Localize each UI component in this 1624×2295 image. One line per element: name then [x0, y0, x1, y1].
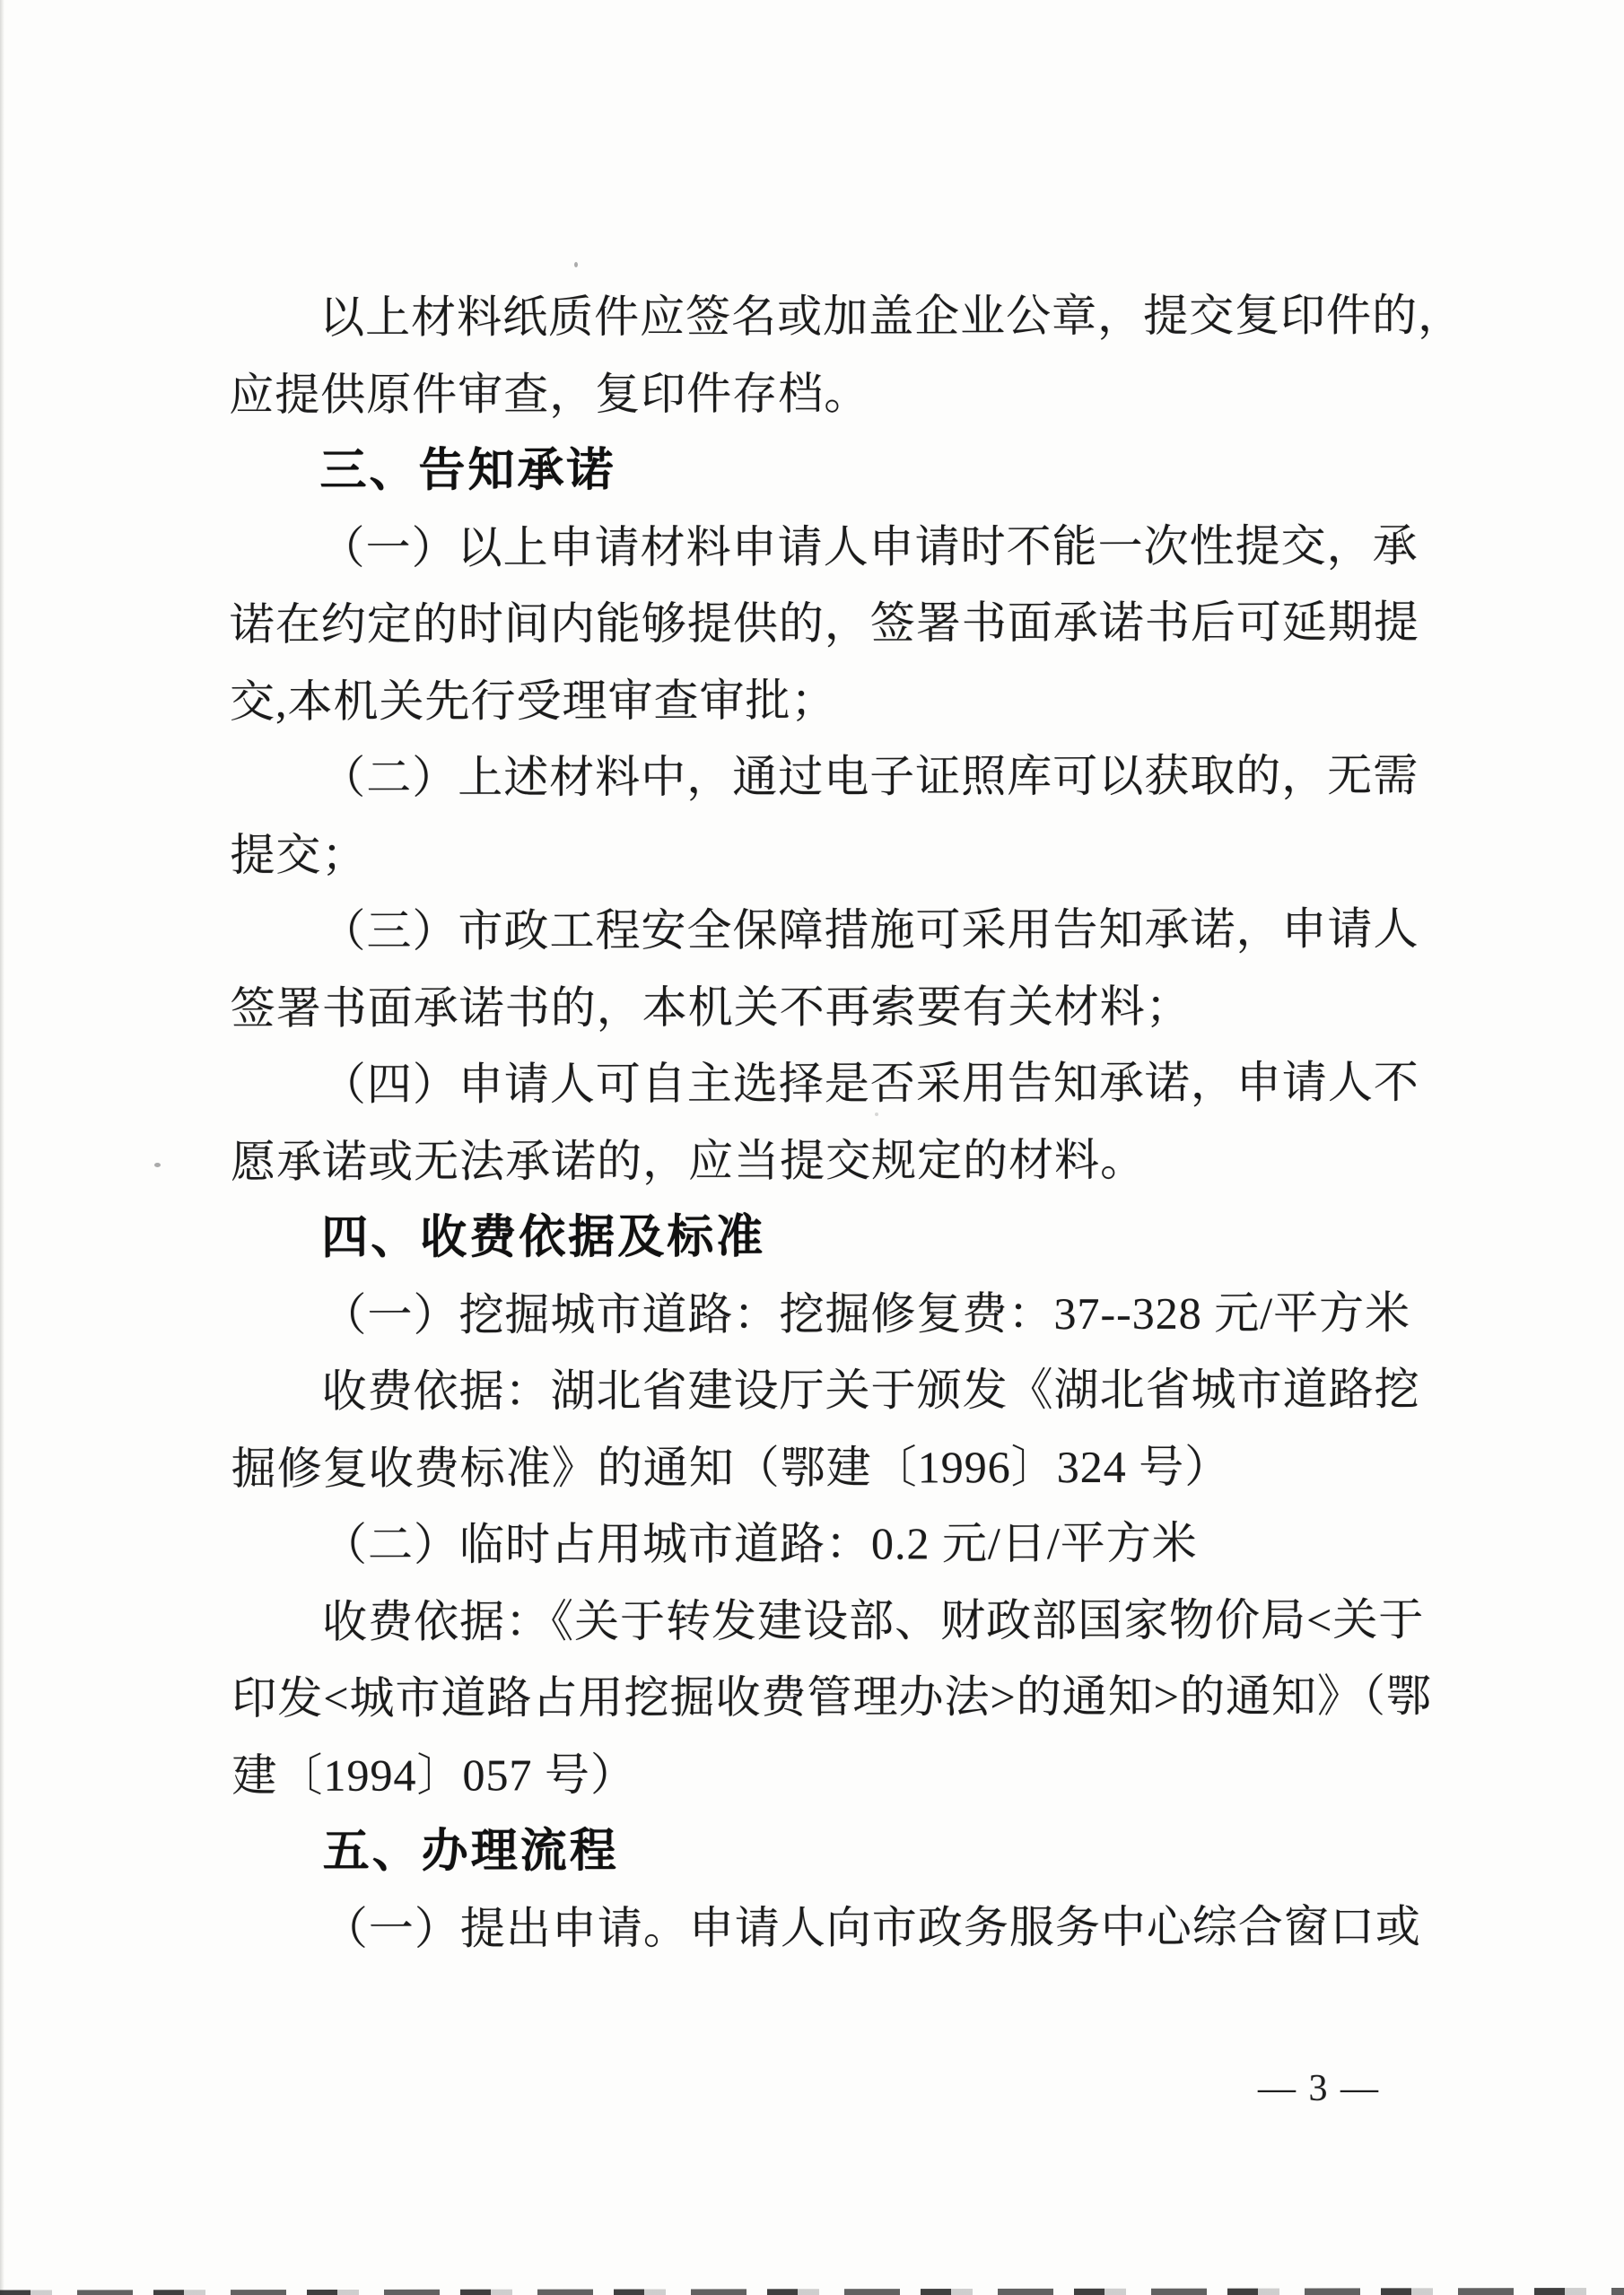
text-line: 交,本机关先行受理审查审批；: [230, 661, 1428, 740]
document-body: 以上材料纸质件应签名或加盖企业公章，提交复印件的， 应提供原件审查，复印件存档。…: [229, 277, 1431, 1968]
text-line: 提交；: [230, 815, 1428, 894]
scan-edge-bottom: [0, 2286, 1624, 2295]
text-line: （二）临时占用城市道路：0.2 元/日/平方米: [231, 1505, 1430, 1584]
text-line: 收费依据：《关于转发建设部、财政部国家物价局<关于: [231, 1582, 1430, 1661]
scanned-document-page: 以上材料纸质件应签名或加盖企业公章，提交复印件的， 应提供原件审查，复印件存档。…: [0, 0, 1624, 2295]
scan-speck: [154, 1163, 161, 1167]
text-line: （一）提出申请。申请人向市政务服务中心综合窗口或: [232, 1889, 1431, 1968]
scan-speck: [574, 262, 578, 267]
text-line: 以上材料纸质件应签名或加盖企业公章，提交复印件的，: [229, 277, 1428, 356]
page-number: — 3 —: [1238, 2064, 1400, 2114]
text-line: （一）挖掘城市道路：挖掘修复费：37--328 元/平方米: [231, 1275, 1429, 1354]
text-line: （三）市政工程安全保障措施可采用告知承诺，申请人: [230, 891, 1428, 970]
text-line: 应提供原件审查，复印件存档。: [229, 354, 1428, 433]
text-line: （四）申请人可自主选择是否采用告知承诺，申请人不: [231, 1044, 1429, 1123]
text-line: 签署书面承诺书的，本机关不再索要有关材料；: [231, 968, 1429, 1047]
section-heading-fee-basis: 四、收费依据及标准: [231, 1198, 1429, 1277]
text-line: 建〔1994〕057 号）: [231, 1735, 1430, 1814]
text-line: 诺在约定的时间内能够提供的，签署书面承诺书后可延期提: [230, 584, 1428, 663]
text-line: （二）上述材料中，通过电子证照库可以获取的，无需: [230, 737, 1428, 816]
text-line: 印发<城市道路占用挖掘收费管理办法>的通知>的通知》（鄂: [231, 1658, 1430, 1737]
text-line: 掘修复收费标准》的通知（鄂建〔1996〕324 号）: [231, 1428, 1430, 1507]
scan-edge-left: [0, 0, 4, 2295]
section-heading-process-flow: 五、办理流程: [232, 1811, 1431, 1890]
text-line: 收费依据：湖北省建设厅关于颁发《湖北省城市道路挖: [231, 1351, 1430, 1430]
section-heading-notification-commitment: 三、告知承诺: [229, 431, 1428, 510]
scan-speck: [875, 1113, 878, 1116]
text-line: 愿承诺或无法承诺的，应当提交规定的材料。: [231, 1121, 1429, 1200]
text-line: （一）以上申请材料申请人申请时不能一次性提交，承: [230, 508, 1428, 587]
